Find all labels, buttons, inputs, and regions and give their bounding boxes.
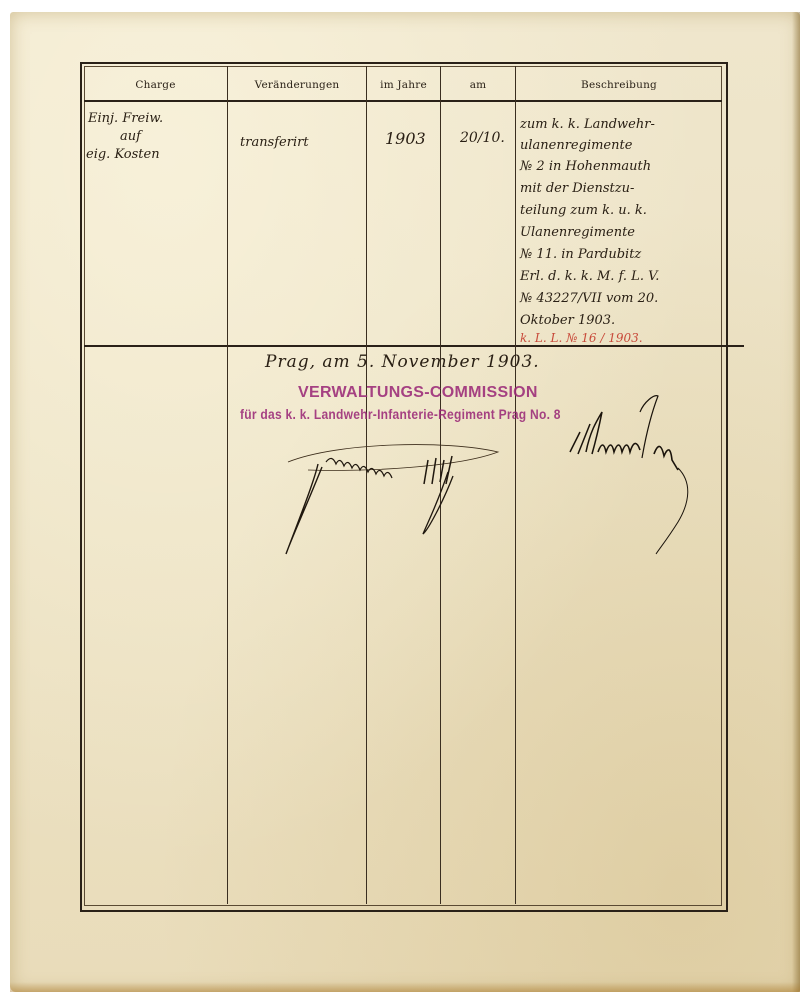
page-edge-stain xyxy=(10,982,800,992)
beschreibung-line-2: ulanenregimente xyxy=(520,135,632,156)
beschreibung-line-3: № 2 in Hohenmauth xyxy=(520,156,651,177)
header-veraenderungen: Veränderungen xyxy=(228,66,366,104)
beschreibung-line-5: teilung zum k. u. k. xyxy=(520,200,647,221)
stamp-line-1: VERWALTUNGS-COMMISSION xyxy=(298,384,538,402)
stamp-line-2: für das k. k. Landwehr-Infanterie-Regime… xyxy=(240,406,561,422)
veraenderungen-value: transferirt xyxy=(240,132,309,153)
header-am: am xyxy=(441,66,515,104)
header-im-jahre: im Jahre xyxy=(367,66,440,104)
row-divider xyxy=(84,345,744,347)
page-edge-shadow xyxy=(792,12,800,992)
beschreibung-line-6: Ulanenregimente xyxy=(520,222,635,243)
signature-left-icon xyxy=(278,442,528,562)
document-page: Charge Veränderungen im Jahre am Beschre… xyxy=(10,12,800,992)
beschreibung-line-9: № 43227/VII vom 20. xyxy=(520,288,658,309)
charge-line-3: eig. Kosten xyxy=(86,144,160,165)
jahr-value: 1903 xyxy=(385,128,426,149)
red-annotation: k. L. L. № 16 / 1903. xyxy=(520,328,643,349)
header-beschreibung: Beschreibung xyxy=(516,66,722,104)
am-value: 20/10. xyxy=(460,128,505,149)
beschreibung-line-8: Erl. d. k. k. M. f. L. V. xyxy=(520,266,659,287)
beschreibung-line-7: № 11. in Pardubitz xyxy=(520,244,641,265)
column-divider-1 xyxy=(227,66,228,904)
beschreibung-line-1: zum k. k. Landwehr- xyxy=(520,114,655,135)
place-date: Prag, am 5. November 1903. xyxy=(265,352,540,373)
beschreibung-line-4: mit der Dienstzu- xyxy=(520,178,634,199)
signature-right-icon xyxy=(568,392,718,562)
header-charge: Charge xyxy=(84,66,227,104)
record-table: Charge Veränderungen im Jahre am Beschre… xyxy=(80,62,728,910)
